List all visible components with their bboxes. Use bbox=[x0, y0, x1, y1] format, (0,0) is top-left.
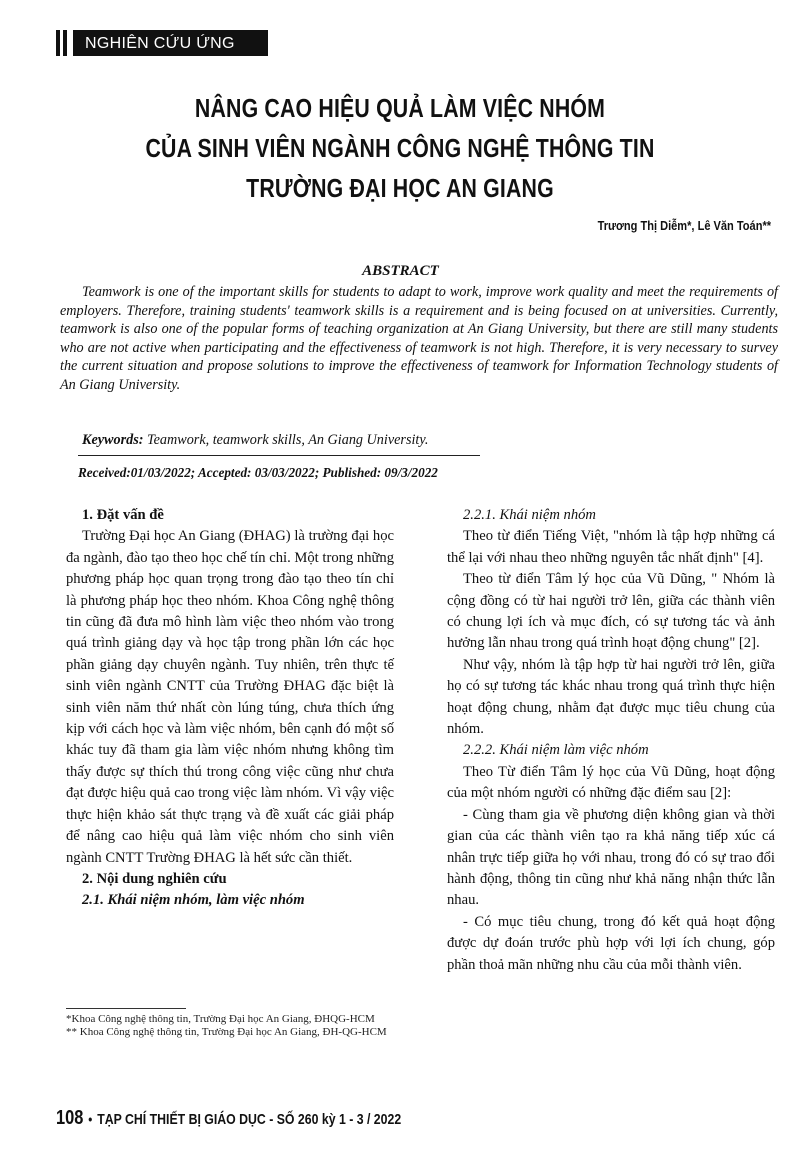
page-footer: 108 • TẠP CHÍ THIẾT BỊ GIÁO DỤC - SỐ 260… bbox=[56, 1107, 401, 1130]
paragraph: Theo Từ điển Tâm lý học của Vũ Dũng, hoạ… bbox=[447, 762, 775, 805]
journal-name: TẠP CHÍ THIẾT BỊ GIÁO DỤC - SỐ 260 kỳ 1 … bbox=[97, 1111, 401, 1128]
bullet-icon: • bbox=[88, 1111, 92, 1127]
paragraph: - Cùng tham gia về phương diện không gia… bbox=[447, 805, 775, 912]
left-column: 1. Đặt vấn đề Trường Đại học An Giang (Đ… bbox=[66, 505, 394, 912]
footnote: *Khoa Công nghệ thông tin, Trường Đại họ… bbox=[66, 1013, 396, 1026]
keywords-label: Keywords: bbox=[82, 432, 143, 448]
section-heading: 1. Đặt vấn đề bbox=[66, 505, 394, 526]
paragraph: Theo từ điển Tiếng Việt, "nhóm là tập hợ… bbox=[447, 526, 775, 569]
keywords: Keywords: Teamwork, teamwork skills, An … bbox=[82, 432, 428, 449]
page-number: 108 bbox=[56, 1107, 83, 1130]
divider bbox=[78, 455, 480, 456]
footnotes: *Khoa Công nghệ thông tin, Trường Đại họ… bbox=[66, 1013, 396, 1038]
abstract-heading: ABSTRACT bbox=[0, 263, 801, 280]
paragraph: Như vậy, nhóm là tập hợp từ hai người tr… bbox=[447, 655, 775, 741]
title-line: NÂNG CAO HIỆU QUẢ LÀM VIỆC NHÓM bbox=[121, 88, 679, 128]
section-heading: 2. Nội dung nghiên cứu bbox=[66, 869, 394, 890]
subsection-heading: 2.2.1. Khái niệm nhóm bbox=[447, 505, 775, 526]
submission-dates: Received:01/03/2022; Accepted: 03/03/202… bbox=[78, 465, 438, 481]
paragraph: Trường Đại học An Giang (ĐHAG) là trường… bbox=[66, 526, 394, 869]
subsection-heading: 2.2.2. Khái niệm làm việc nhóm bbox=[447, 740, 775, 761]
tag-bar-decoration bbox=[63, 30, 67, 56]
paragraph: - Có mục tiêu chung, trong đó kết quả ho… bbox=[447, 912, 775, 976]
subsection-heading: 2.1. Khái niệm nhóm, làm việc nhóm bbox=[66, 890, 394, 911]
title-line: CỦA SINH VIÊN NGÀNH CÔNG NGHỆ THÔNG TIN bbox=[121, 128, 679, 168]
keywords-value: Teamwork, teamwork skills, An Giang Univ… bbox=[143, 432, 428, 448]
right-column: 2.2.1. Khái niệm nhóm Theo từ điển Tiếng… bbox=[447, 505, 775, 976]
article-title: NÂNG CAO HIỆU QUẢ LÀM VIỆC NHÓM CỦA SINH… bbox=[121, 88, 679, 208]
footnote: ** Khoa Công nghệ thông tin, Trường Đại … bbox=[66, 1026, 396, 1039]
abstract-body: Teamwork is one of the important skills … bbox=[60, 283, 778, 394]
paragraph: Theo từ điển Tâm lý học của Vũ Dũng, " N… bbox=[447, 569, 775, 655]
tag-bar-decoration bbox=[56, 30, 60, 56]
section-tag-label: NGHIÊN CỨU ỨNG DỤNG bbox=[73, 30, 268, 56]
title-line: TRƯỜNG ĐẠI HỌC AN GIANG bbox=[121, 168, 679, 208]
footnote-divider bbox=[66, 1008, 186, 1009]
section-tag: NGHIÊN CỨU ỨNG DỤNG bbox=[56, 30, 268, 56]
authors: Trương Thị Diễm*, Lê Văn Toán** bbox=[598, 218, 771, 233]
